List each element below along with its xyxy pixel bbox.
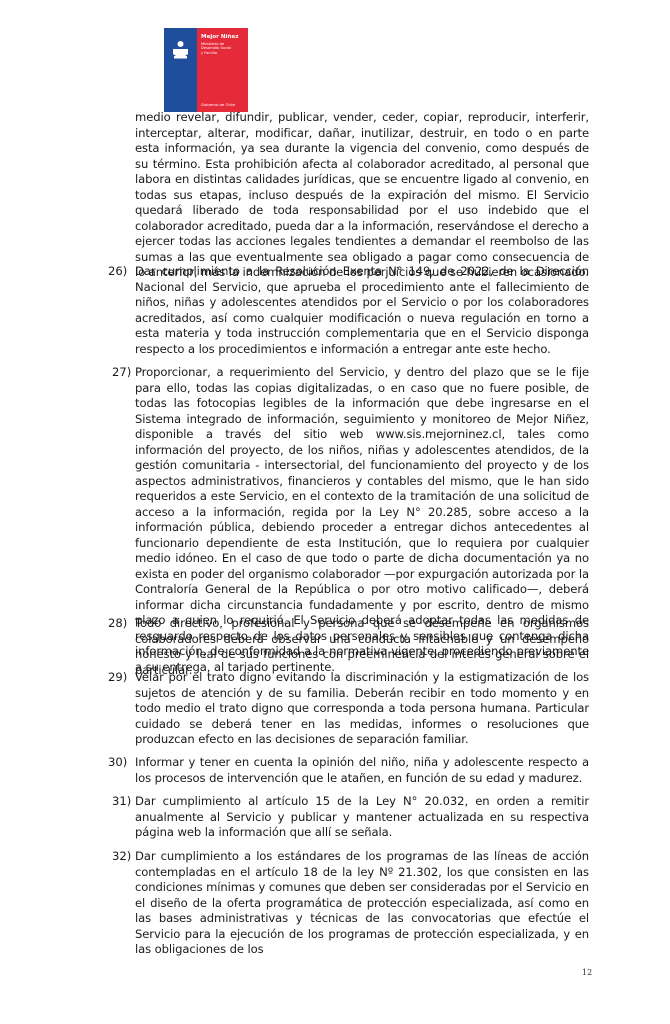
list-item-30: Informar y tener en cuenta la opinión de… [135,755,589,786]
list-item-29: Velar por el trato digno evitando la dis… [135,670,589,748]
list-item-26: Dar cumplimiento a la Resolución Exenta … [135,264,589,357]
item-number: 31) [112,794,131,810]
continuation-paragraph: medio revelar, difundir, publicar, vende… [135,110,589,281]
item-number: 28) [108,616,127,632]
item-number: 27) [112,365,131,381]
mejor-ninez-logo: Mejor Niñez Ministerio de Desarrollo Soc… [164,28,248,112]
item-number: 30) [108,755,127,771]
coat-of-arms-icon [170,38,191,62]
item-number: 26) [108,264,127,280]
item-number: 32) [112,849,131,865]
logo-gobierno: Gobierno de Chile [201,102,235,107]
page-number: 12 [582,968,592,977]
list-item-28: Todo directivo, profesional y persona qu… [135,616,589,678]
item-number: 29) [108,670,127,686]
logo-subtitle: Ministerio de Desarrollo Social y Famili… [201,42,231,55]
list-item-31: Dar cumplimiento al artículo 15 de la Le… [135,794,589,841]
logo-brand: Mejor Niñez [201,34,238,41]
logo-blue-panel-lower [164,80,197,112]
list-item-32: Dar cumplimiento a los estándares de los… [135,849,589,958]
